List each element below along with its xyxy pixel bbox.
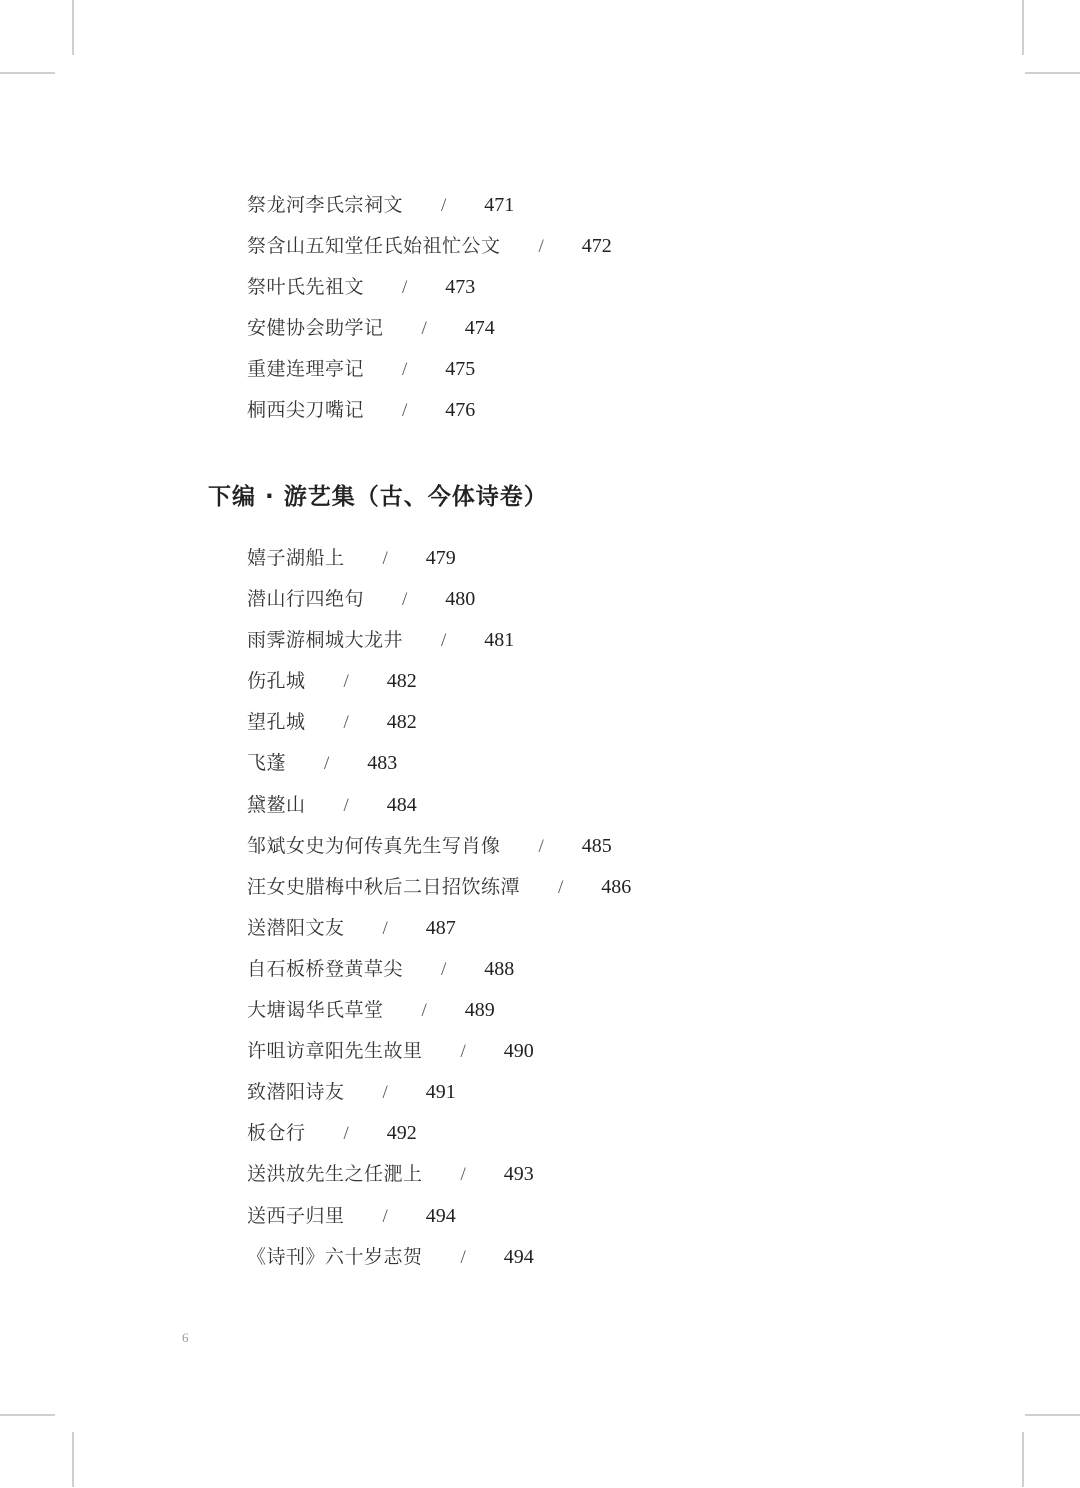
page-number: 471 [484, 185, 514, 226]
separator: / [402, 390, 407, 431]
separator: / [383, 538, 388, 579]
page-number: 491 [426, 1072, 456, 1113]
toc-entry[interactable]: 祭龙河李氏宗祠文/471 [247, 185, 612, 226]
separator: / [441, 185, 446, 226]
separator: / [558, 867, 563, 908]
separator: / [461, 1237, 466, 1278]
entry-title: 《诗刊》六十岁志贺 [247, 1237, 423, 1278]
toc-entry[interactable]: 致潜阳诗友/491 [247, 1072, 631, 1113]
separator: / [344, 785, 349, 826]
page-number: 479 [426, 538, 456, 579]
entry-title: 潜山行四绝句 [247, 579, 364, 620]
page-number: 472 [582, 226, 612, 267]
entry-title: 安健协会助学记 [247, 308, 384, 349]
separator: / [402, 579, 407, 620]
toc-entry[interactable]: 祭叶氏先祖文/473 [247, 267, 612, 308]
entry-title: 重建连理亭记 [247, 349, 364, 390]
separator: / [441, 949, 446, 990]
separator: / [461, 1154, 466, 1195]
page-number: 480 [445, 579, 475, 620]
entry-title: 大塘谒华氏草堂 [247, 990, 384, 1031]
separator: / [402, 349, 407, 390]
crop-mark-bottom-left-horizontal [0, 1414, 55, 1416]
page-number: 481 [484, 620, 514, 661]
toc-entry[interactable]: 送洪放先生之任淝上/493 [247, 1154, 631, 1195]
page-number: 492 [387, 1113, 417, 1154]
separator: / [344, 661, 349, 702]
crop-mark-bottom-right-vertical [1022, 1432, 1024, 1487]
crop-mark-top-right-vertical [1022, 0, 1024, 55]
page-number: 482 [387, 702, 417, 743]
entry-title: 桐西尖刀嘴记 [247, 390, 364, 431]
separator: / [461, 1031, 466, 1072]
crop-mark-top-right-horizontal [1025, 72, 1080, 74]
entry-title: 黛鳌山 [247, 785, 306, 826]
separator: / [324, 743, 329, 784]
separator: / [441, 620, 446, 661]
page-number: 482 [387, 661, 417, 702]
toc-entry[interactable]: 送西子归里/494 [247, 1196, 631, 1237]
page-number: 487 [426, 908, 456, 949]
toc-entry[interactable]: 《诗刊》六十岁志贺/494 [247, 1237, 631, 1278]
separator: / [344, 702, 349, 743]
toc-entry[interactable]: 许咀访章阳先生故里/490 [247, 1031, 631, 1072]
separator: / [383, 908, 388, 949]
crop-mark-bottom-right-horizontal [1025, 1414, 1080, 1416]
entry-title: 祭叶氏先祖文 [247, 267, 364, 308]
page-number: 483 [367, 743, 397, 784]
toc-entry[interactable]: 嬉子湖船上/479 [247, 538, 631, 579]
page-number: 484 [387, 785, 417, 826]
toc-entry[interactable]: 雨霁游桐城大龙井/481 [247, 620, 631, 661]
toc-list-section: 嬉子湖船上/479 潜山行四绝句/480 雨霁游桐城大龙井/481 伤孔城/48… [247, 538, 631, 1278]
separator: / [539, 226, 544, 267]
page-number: 476 [445, 390, 475, 431]
toc-entry[interactable]: 伤孔城/482 [247, 661, 631, 702]
separator: / [422, 990, 427, 1031]
separator: / [344, 1113, 349, 1154]
entry-title: 自石板桥登黄草尖 [247, 949, 403, 990]
entry-title: 祭含山五知堂任氏始祖忙公文 [247, 226, 501, 267]
page-number: 494 [426, 1196, 456, 1237]
entry-title: 雨霁游桐城大龙井 [247, 620, 403, 661]
toc-entry[interactable]: 安健协会助学记/474 [247, 308, 612, 349]
toc-entry[interactable]: 祭含山五知堂任氏始祖忙公文/472 [247, 226, 612, 267]
toc-entry[interactable]: 桐西尖刀嘴记/476 [247, 390, 612, 431]
separator: / [402, 267, 407, 308]
crop-mark-top-left-horizontal [0, 72, 55, 74]
crop-mark-top-left-vertical [72, 0, 74, 55]
page-number: 490 [504, 1031, 534, 1072]
separator: / [539, 826, 544, 867]
separator: / [383, 1196, 388, 1237]
entry-title: 邹斌女史为何传真先生写肖像 [247, 826, 501, 867]
page-number: 488 [484, 949, 514, 990]
toc-entry[interactable]: 飞蓬/483 [247, 743, 631, 784]
toc-entry[interactable]: 黛鳌山/484 [247, 785, 631, 826]
toc-entry[interactable]: 自石板桥登黄草尖/488 [247, 949, 631, 990]
separator: / [383, 1072, 388, 1113]
page-number: 473 [445, 267, 475, 308]
entry-title: 许咀访章阳先生故里 [247, 1031, 423, 1072]
toc-entry[interactable]: 望孔城/482 [247, 702, 631, 743]
toc-entry[interactable]: 大塘谒华氏草堂/489 [247, 990, 631, 1031]
toc-entry[interactable]: 板仓行/492 [247, 1113, 631, 1154]
page-number: 493 [504, 1154, 534, 1195]
entry-title: 祭龙河李氏宗祠文 [247, 185, 403, 226]
entry-title: 致潜阳诗友 [247, 1072, 345, 1113]
page-number: 489 [465, 990, 495, 1031]
toc-entry[interactable]: 送潜阳文友/487 [247, 908, 631, 949]
section-heading: 下编 · 游艺集（古、今体诗卷） [208, 478, 548, 511]
entry-title: 汪女史腊梅中秋后二日招饮练潭 [247, 867, 520, 908]
entry-title: 伤孔城 [247, 661, 306, 702]
page-number: 475 [445, 349, 475, 390]
entry-title: 望孔城 [247, 702, 306, 743]
entry-title: 送西子归里 [247, 1196, 345, 1237]
page-number: 474 [465, 308, 495, 349]
page-folio: 6 [182, 1330, 189, 1346]
toc-entry[interactable]: 汪女史腊梅中秋后二日招饮练潭/486 [247, 867, 631, 908]
page-number: 485 [582, 826, 612, 867]
entry-title: 嬉子湖船上 [247, 538, 345, 579]
entry-title: 送潜阳文友 [247, 908, 345, 949]
entry-title: 送洪放先生之任淝上 [247, 1154, 423, 1195]
toc-entry[interactable]: 潜山行四绝句/480 [247, 579, 631, 620]
entry-title: 板仓行 [247, 1113, 306, 1154]
page-number: 494 [504, 1237, 534, 1278]
toc-list-prior-section: 祭龙河李氏宗祠文/471 祭含山五知堂任氏始祖忙公文/472 祭叶氏先祖文/47… [247, 185, 612, 432]
toc-entry[interactable]: 重建连理亭记/475 [247, 349, 612, 390]
entry-title: 飞蓬 [247, 743, 286, 784]
separator: / [422, 308, 427, 349]
crop-mark-bottom-left-vertical [72, 1432, 74, 1487]
page-number: 486 [601, 867, 631, 908]
toc-entry[interactable]: 邹斌女史为何传真先生写肖像/485 [247, 826, 631, 867]
